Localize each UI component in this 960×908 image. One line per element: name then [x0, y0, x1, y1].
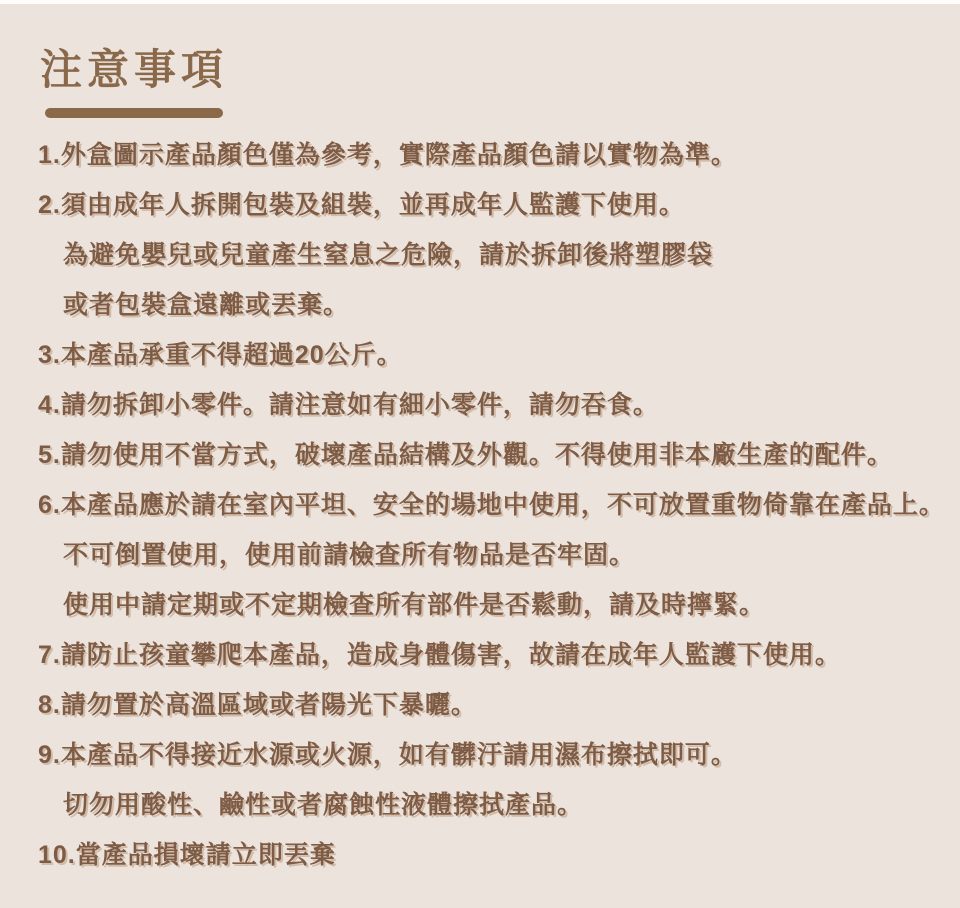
note-line: 9.本產品不得接近水源或火源，如有髒汙請用濕布擦拭即可。 — [0, 742, 960, 768]
note-line: 7.請防止孩童攀爬本產品，造成身體傷害，故請在成年人監護下使用。 — [0, 642, 960, 668]
note-line: 切勿用酸性、鹼性或者腐蝕性液體擦拭產品。 — [0, 792, 960, 818]
page-title: 注意事項 — [40, 46, 960, 94]
note-line: 使用中請定期或不定期檢查所有部件是否鬆動，請及時擰緊。 — [0, 592, 960, 618]
notice-header: 注意事項 — [0, 4, 960, 118]
note-line: 1.外盒圖示產品顏色僅為參考，實際產品顏色請以實物為準。 — [0, 142, 960, 168]
note-line: 3.本產品承重不得超過20公斤。 — [0, 342, 960, 368]
notes-list: 1.外盒圖示產品顏色僅為參考，實際產品顏色請以實物為準。2.須由成年人拆開包裝及… — [0, 142, 960, 868]
note-line: 2.須由成年人拆開包裝及組裝，並再成年人監護下使用。 — [0, 192, 960, 218]
note-line: 為避免嬰兒或兒童產生窒息之危險，請於拆卸後將塑膠袋 — [0, 242, 960, 268]
note-line: 或者包裝盒遠離或丟棄。 — [0, 292, 960, 318]
note-line: 4.請勿拆卸小零件。請注意如有細小零件，請勿吞食。 — [0, 392, 960, 418]
note-line: 不可倒置使用，使用前請檢查所有物品是否牢固。 — [0, 542, 960, 568]
note-line: 5.請勿使用不當方式，破壞產品結構及外觀。不得使用非本廠生產的配件。 — [0, 442, 960, 468]
title-underline — [45, 108, 223, 118]
note-line: 10.當產品損壞請立即丟棄 — [0, 842, 960, 868]
note-line: 6.本產品應於請在室內平坦、安全的場地中使用，不可放置重物倚靠在產品上。 — [0, 492, 960, 518]
note-line: 8.請勿置於高溫區域或者陽光下暴曬。 — [0, 692, 960, 718]
